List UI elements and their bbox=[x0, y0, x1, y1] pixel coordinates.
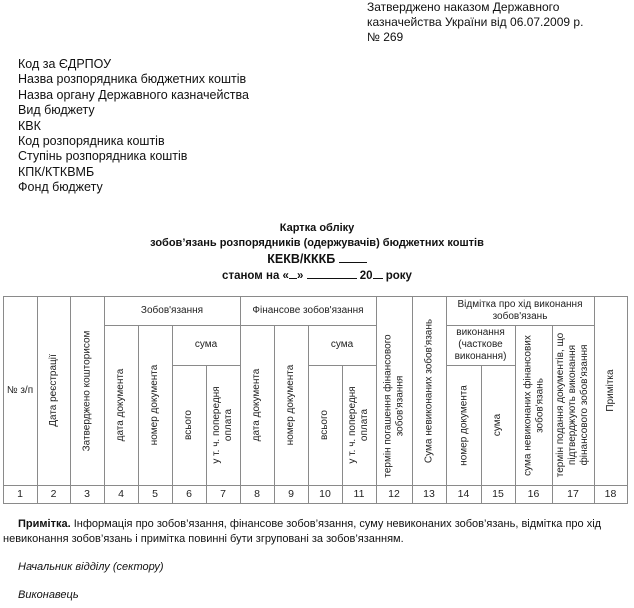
header-approved-estimate: Затверджено кошторисом bbox=[71, 300, 103, 481]
header-group-obligation: Зобов'язання bbox=[104, 296, 240, 325]
note-paragraph: Примітка. Інформація про зобов’язання, ф… bbox=[3, 517, 631, 547]
table-border bbox=[3, 503, 628, 504]
header-exec-doc-number: номер документа bbox=[447, 369, 480, 481]
column-number: 18 bbox=[594, 485, 627, 503]
header-obl-doc-number: номер документа bbox=[139, 329, 171, 481]
header-obl-prepayment: у т. ч. попередня оплата bbox=[207, 369, 239, 481]
column-number: 8 bbox=[240, 485, 274, 503]
header-group-financial: Фінансове зобов'язання bbox=[240, 296, 376, 325]
column-number: 15 bbox=[481, 485, 515, 503]
header-registration-date: Дата реєстрації bbox=[38, 300, 69, 481]
header-doc-submission-term: термін подання документів, що підтверджу… bbox=[553, 329, 593, 481]
column-number: 2 bbox=[37, 485, 70, 503]
table-border bbox=[627, 296, 628, 504]
header-obl-doc-date: дата документа bbox=[105, 329, 137, 481]
header-fin-prepayment: у т. ч. попередня оплата bbox=[343, 369, 375, 481]
header-unfulfilled-fin-sum: сума невиконаних фінансових зобов'язань bbox=[516, 329, 551, 481]
column-number: 13 bbox=[412, 485, 446, 503]
column-number: 5 bbox=[138, 485, 172, 503]
column-number: 14 bbox=[446, 485, 481, 503]
column-number: 3 bbox=[70, 485, 104, 503]
header-fin-doc-number: номер документа bbox=[275, 329, 307, 481]
header-fin-sum: сума bbox=[308, 325, 376, 365]
signature-executor: Виконавець bbox=[18, 589, 79, 601]
header-obl-total: всього bbox=[173, 369, 205, 481]
header-exec-sum: сума bbox=[482, 369, 514, 481]
header-obl-sum: сума bbox=[172, 325, 240, 365]
note-label: Примітка. bbox=[18, 518, 71, 530]
header-group-progress: Відмітка про хід виконання зобов'язань bbox=[446, 296, 594, 325]
column-number: 10 bbox=[308, 485, 342, 503]
header-unfulfilled-sum: Сума невиконаних зобов'язань bbox=[413, 300, 445, 481]
header-number: № з/п bbox=[3, 296, 37, 485]
column-number: 6 bbox=[172, 485, 206, 503]
note-text: Інформація про зобов’язання, фінансове з… bbox=[3, 518, 601, 545]
column-number: 9 bbox=[274, 485, 308, 503]
signature-head: Начальник відділу (сектору) bbox=[18, 561, 164, 573]
header-fin-repayment-term: термін погашення фінансового зобов'язанн… bbox=[377, 330, 411, 481]
column-number: 1 bbox=[3, 485, 37, 503]
column-number: 11 bbox=[342, 485, 376, 503]
column-number: 12 bbox=[376, 485, 412, 503]
column-number: 16 bbox=[515, 485, 552, 503]
header-remark: Примітка bbox=[595, 300, 626, 481]
header-fin-doc-date: дата документа bbox=[241, 329, 273, 481]
column-number: 17 bbox=[552, 485, 594, 503]
column-number: 4 bbox=[104, 485, 138, 503]
header-group-execution: виконання (часткове виконання) bbox=[446, 325, 515, 365]
header-fin-total: всього bbox=[309, 369, 341, 481]
column-number: 7 bbox=[206, 485, 240, 503]
